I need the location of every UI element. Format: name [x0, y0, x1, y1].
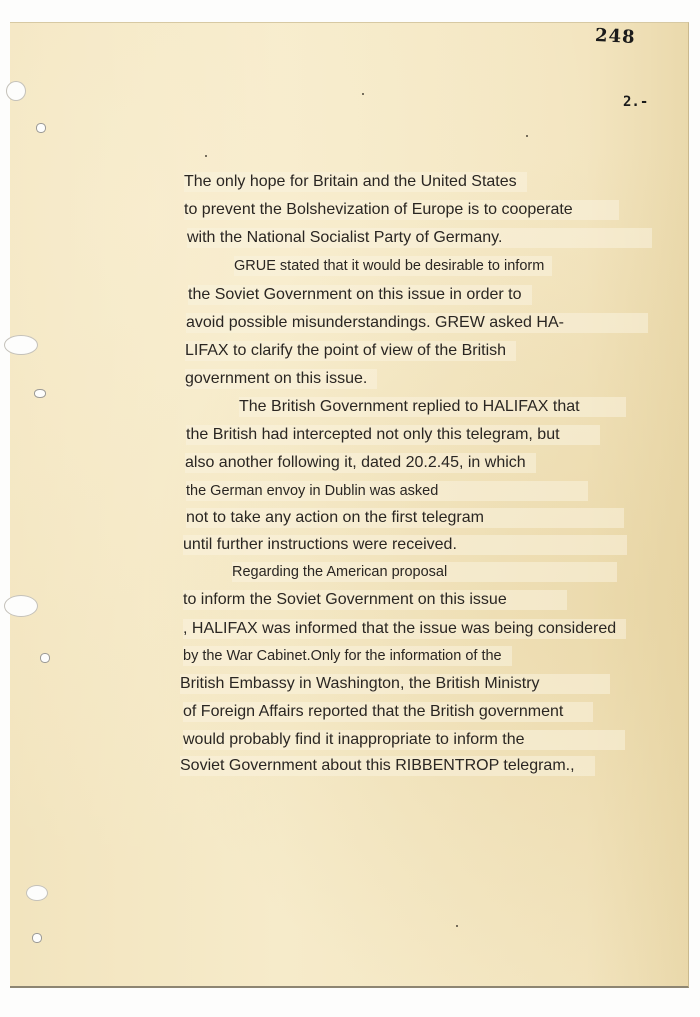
scan-margin-bottom	[0, 988, 700, 1017]
punch-nick	[32, 933, 42, 943]
text-line: also another following it, dated 20.2.45…	[185, 453, 536, 473]
text-line: by the War Cabinet.Only for the informat…	[183, 646, 512, 666]
text-line: government on this issue.	[185, 369, 377, 389]
text-line: , HALIFAX was informed that the issue wa…	[183, 619, 626, 639]
text-line: with the National Socialist Party of Ger…	[187, 228, 652, 248]
text-line: the Soviet Government on this issue in o…	[188, 285, 532, 305]
punch-hole	[4, 595, 38, 617]
text-line: British Embassy in Washington, the Briti…	[180, 674, 610, 694]
scanned-document: 248 2.- The only hope for Britain and th…	[0, 0, 700, 1017]
ink-speck	[526, 135, 528, 137]
punch-nick	[40, 653, 50, 663]
text-line: The only hope for Britain and the United…	[184, 172, 527, 192]
punch-hole	[6, 81, 26, 101]
text-line: not to take any action on the first tele…	[186, 508, 624, 528]
punch-nick	[36, 123, 46, 133]
text-line: to prevent the Bolshevization of Europe …	[184, 200, 619, 220]
punch-nick	[34, 389, 46, 398]
text-line: LIFAX to clarify the point of view of th…	[185, 341, 516, 361]
page-number: 2.-	[623, 94, 648, 110]
ink-speck	[205, 155, 207, 157]
punch-hole	[4, 335, 38, 355]
text-line: until further instructions were received…	[183, 535, 627, 555]
text-line: avoid possible misunderstandings. GREW a…	[186, 313, 648, 333]
text-line: The British Government replied to HALIFA…	[239, 397, 626, 417]
text-line: to inform the Soviet Government on this …	[183, 590, 567, 610]
text-line: Soviet Government about this RIBBENTROP …	[180, 756, 595, 776]
punch-hole	[26, 885, 48, 901]
text-line: the British had intercepted not only thi…	[186, 425, 600, 445]
text-line: would probably find it inappropriate to …	[183, 730, 625, 750]
ink-speck	[456, 925, 458, 927]
folio-number: 248	[594, 25, 636, 48]
text-line: Regarding the American proposal	[232, 562, 617, 582]
paper-page	[10, 22, 689, 988]
text-line: of Foreign Affairs reported that the Bri…	[183, 702, 593, 722]
ink-speck	[362, 93, 364, 95]
text-line: the German envoy in Dublin was asked	[186, 481, 588, 501]
text-line: GRUE stated that it would be desirable t…	[234, 256, 552, 276]
